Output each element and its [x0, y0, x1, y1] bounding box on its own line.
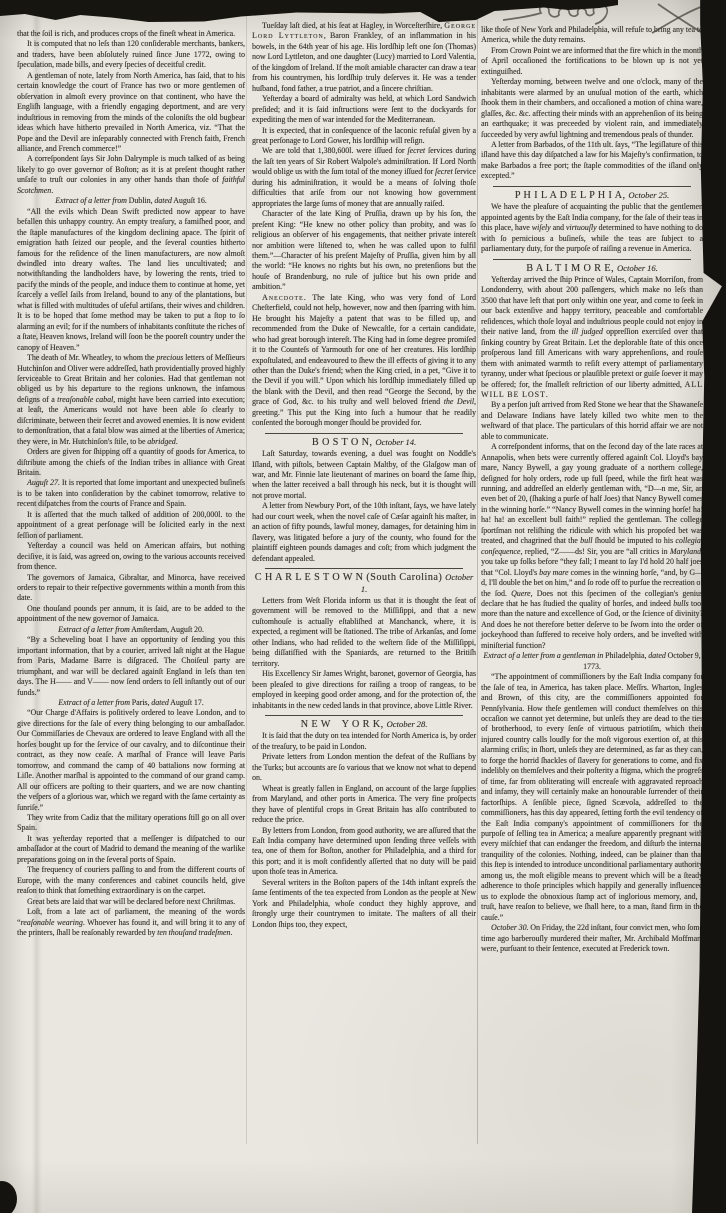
- section-divider-rule: [493, 186, 691, 187]
- letter-extract-heading: Extract of a letter from a gentleman in …: [481, 651, 703, 672]
- section-divider-rule: [493, 259, 691, 260]
- city-dateline-heading: B O S T O N, October 14.: [252, 437, 476, 448]
- news-paragraph: They write from Cadiz that the military …: [17, 813, 245, 834]
- news-paragraph: Yeſterday a council was held on American…: [17, 541, 245, 572]
- news-paragraph: A letter from Barbados, of the 11th ult.…: [481, 140, 703, 182]
- news-paragraph: Yeſterday arrived the ſhip Prince of Wal…: [481, 275, 703, 400]
- news-paragraph: “By a Scheveling boat I have an opportun…: [17, 635, 245, 698]
- news-paragraph: Great bets are laid that war will be dec…: [17, 897, 245, 907]
- news-paragraph: It is ſaid that the duty on tea intended…: [252, 731, 476, 752]
- city-dateline-heading: C H A R L E S T O W N (South Carolina) O…: [252, 572, 476, 595]
- section-divider-rule: [265, 568, 463, 569]
- news-paragraph: It is computed that no leſs than 120 con…: [17, 39, 245, 70]
- news-paragraph: By letters from London, from good author…: [252, 826, 476, 878]
- news-column-1: that the ſoil is rich, and produces crop…: [17, 29, 245, 938]
- column-rule: [246, 16, 247, 1144]
- news-paragraph: Character of the late King of Pruſſia, d…: [252, 209, 476, 293]
- news-paragraph: Loſt, from a late act of parliament, the…: [17, 907, 245, 938]
- news-paragraph: that the ſoil is rich, and produces crop…: [17, 29, 245, 39]
- letter-extract-heading: Extract of a letter from Amſterdam, Augu…: [17, 625, 245, 635]
- letter-extract-heading: Extract of a letter from Dublin, dated A…: [17, 196, 245, 206]
- news-paragraph: Several writers in the Boſton papers of …: [252, 878, 476, 930]
- column-rule: [477, 16, 478, 1144]
- city-dateline-heading: P H I L A D E L P H I A, October 25.: [481, 190, 703, 201]
- news-paragraph: It is aſſerted that the much talked of a…: [17, 510, 245, 541]
- news-paragraph: From Crown Point we are informed that th…: [481, 46, 703, 77]
- news-paragraph: One thouſand pounds per annum, it is ſai…: [17, 604, 245, 625]
- news-paragraph: A correſpondent informs, that on the ſec…: [481, 442, 703, 651]
- news-paragraph: The frequency of couriers paſſing to and…: [17, 865, 245, 896]
- news-paragraph: It is expected, that in conſequence of t…: [252, 126, 476, 147]
- news-column-3: like thoſe of New York and Philadelphia,…: [481, 25, 703, 954]
- news-paragraph: By a perſon juſt arrived from Red Stone …: [481, 400, 703, 442]
- news-paragraph: October 30. On Friday, the 22d inſtant, …: [481, 923, 703, 954]
- news-paragraph: It was yeſterday reported that a meſſeng…: [17, 834, 245, 865]
- news-paragraph: Auguſt 27. It is reported that ſome impo…: [17, 478, 245, 509]
- news-paragraph: Letters from Weſt Florida inform us that…: [252, 596, 476, 669]
- news-paragraph: Yeſterday a board of admiralty was held,…: [252, 94, 476, 125]
- news-paragraph: His Excellency Sir James Wright, baronet…: [252, 669, 476, 711]
- news-column-2: Tueſday laſt died, at his ſeat at Hagley…: [252, 21, 476, 930]
- newspaper-page: that the ſoil is rich, and produces crop…: [0, 0, 726, 1213]
- letter-extract-heading: Extract of a letter from Paris, dated Au…: [17, 698, 245, 708]
- news-paragraph: A correſpondent ſays Sir John Dalrymple …: [17, 154, 245, 196]
- news-paragraph: The governors of Jamaica, Gibraltar, and…: [17, 573, 245, 604]
- city-dateline-heading: N E W Y O R K, October 28.: [252, 719, 476, 730]
- news-paragraph: We are told that 1,380,600l. were iſſued…: [252, 146, 476, 209]
- news-paragraph: “All the evils which Dean Swift predicte…: [17, 207, 245, 353]
- news-paragraph: “Our Charge d'Affairs is poſitively orde…: [17, 708, 245, 813]
- news-paragraph: Laſt Saturday, towards evening, a duel w…: [252, 449, 476, 501]
- news-paragraph: Orders are given for ſhipping off a quan…: [17, 447, 245, 478]
- scan-corner-blob: [0, 1181, 17, 1213]
- news-paragraph: “The appointment of commiſſioners by the…: [481, 672, 703, 923]
- news-paragraph: Yeſterday morning, between twelve and on…: [481, 77, 703, 140]
- news-paragraph: A gentleman of note, lately from North A…: [17, 71, 245, 155]
- section-divider-rule: [265, 715, 463, 716]
- news-paragraph: The death of Mr. Wheatley, to whom the p…: [17, 353, 245, 447]
- news-paragraph: Tueſday laſt died, at his ſeat at Hagley…: [252, 21, 476, 94]
- news-paragraph: Wheat is greatly fallen in England, on a…: [252, 784, 476, 826]
- news-paragraph: A letter from Newbury Port, of the 10th …: [252, 501, 476, 564]
- news-paragraph: Private letters from London mention the …: [252, 752, 476, 783]
- news-paragraph: We have the pleaſure of acquainting the …: [481, 202, 703, 254]
- section-divider-rule: [265, 433, 463, 434]
- news-paragraph: Anecdote. The late King, who was very fo…: [252, 293, 476, 429]
- city-dateline-heading: B A L T I M O R E, October 16.: [481, 263, 703, 274]
